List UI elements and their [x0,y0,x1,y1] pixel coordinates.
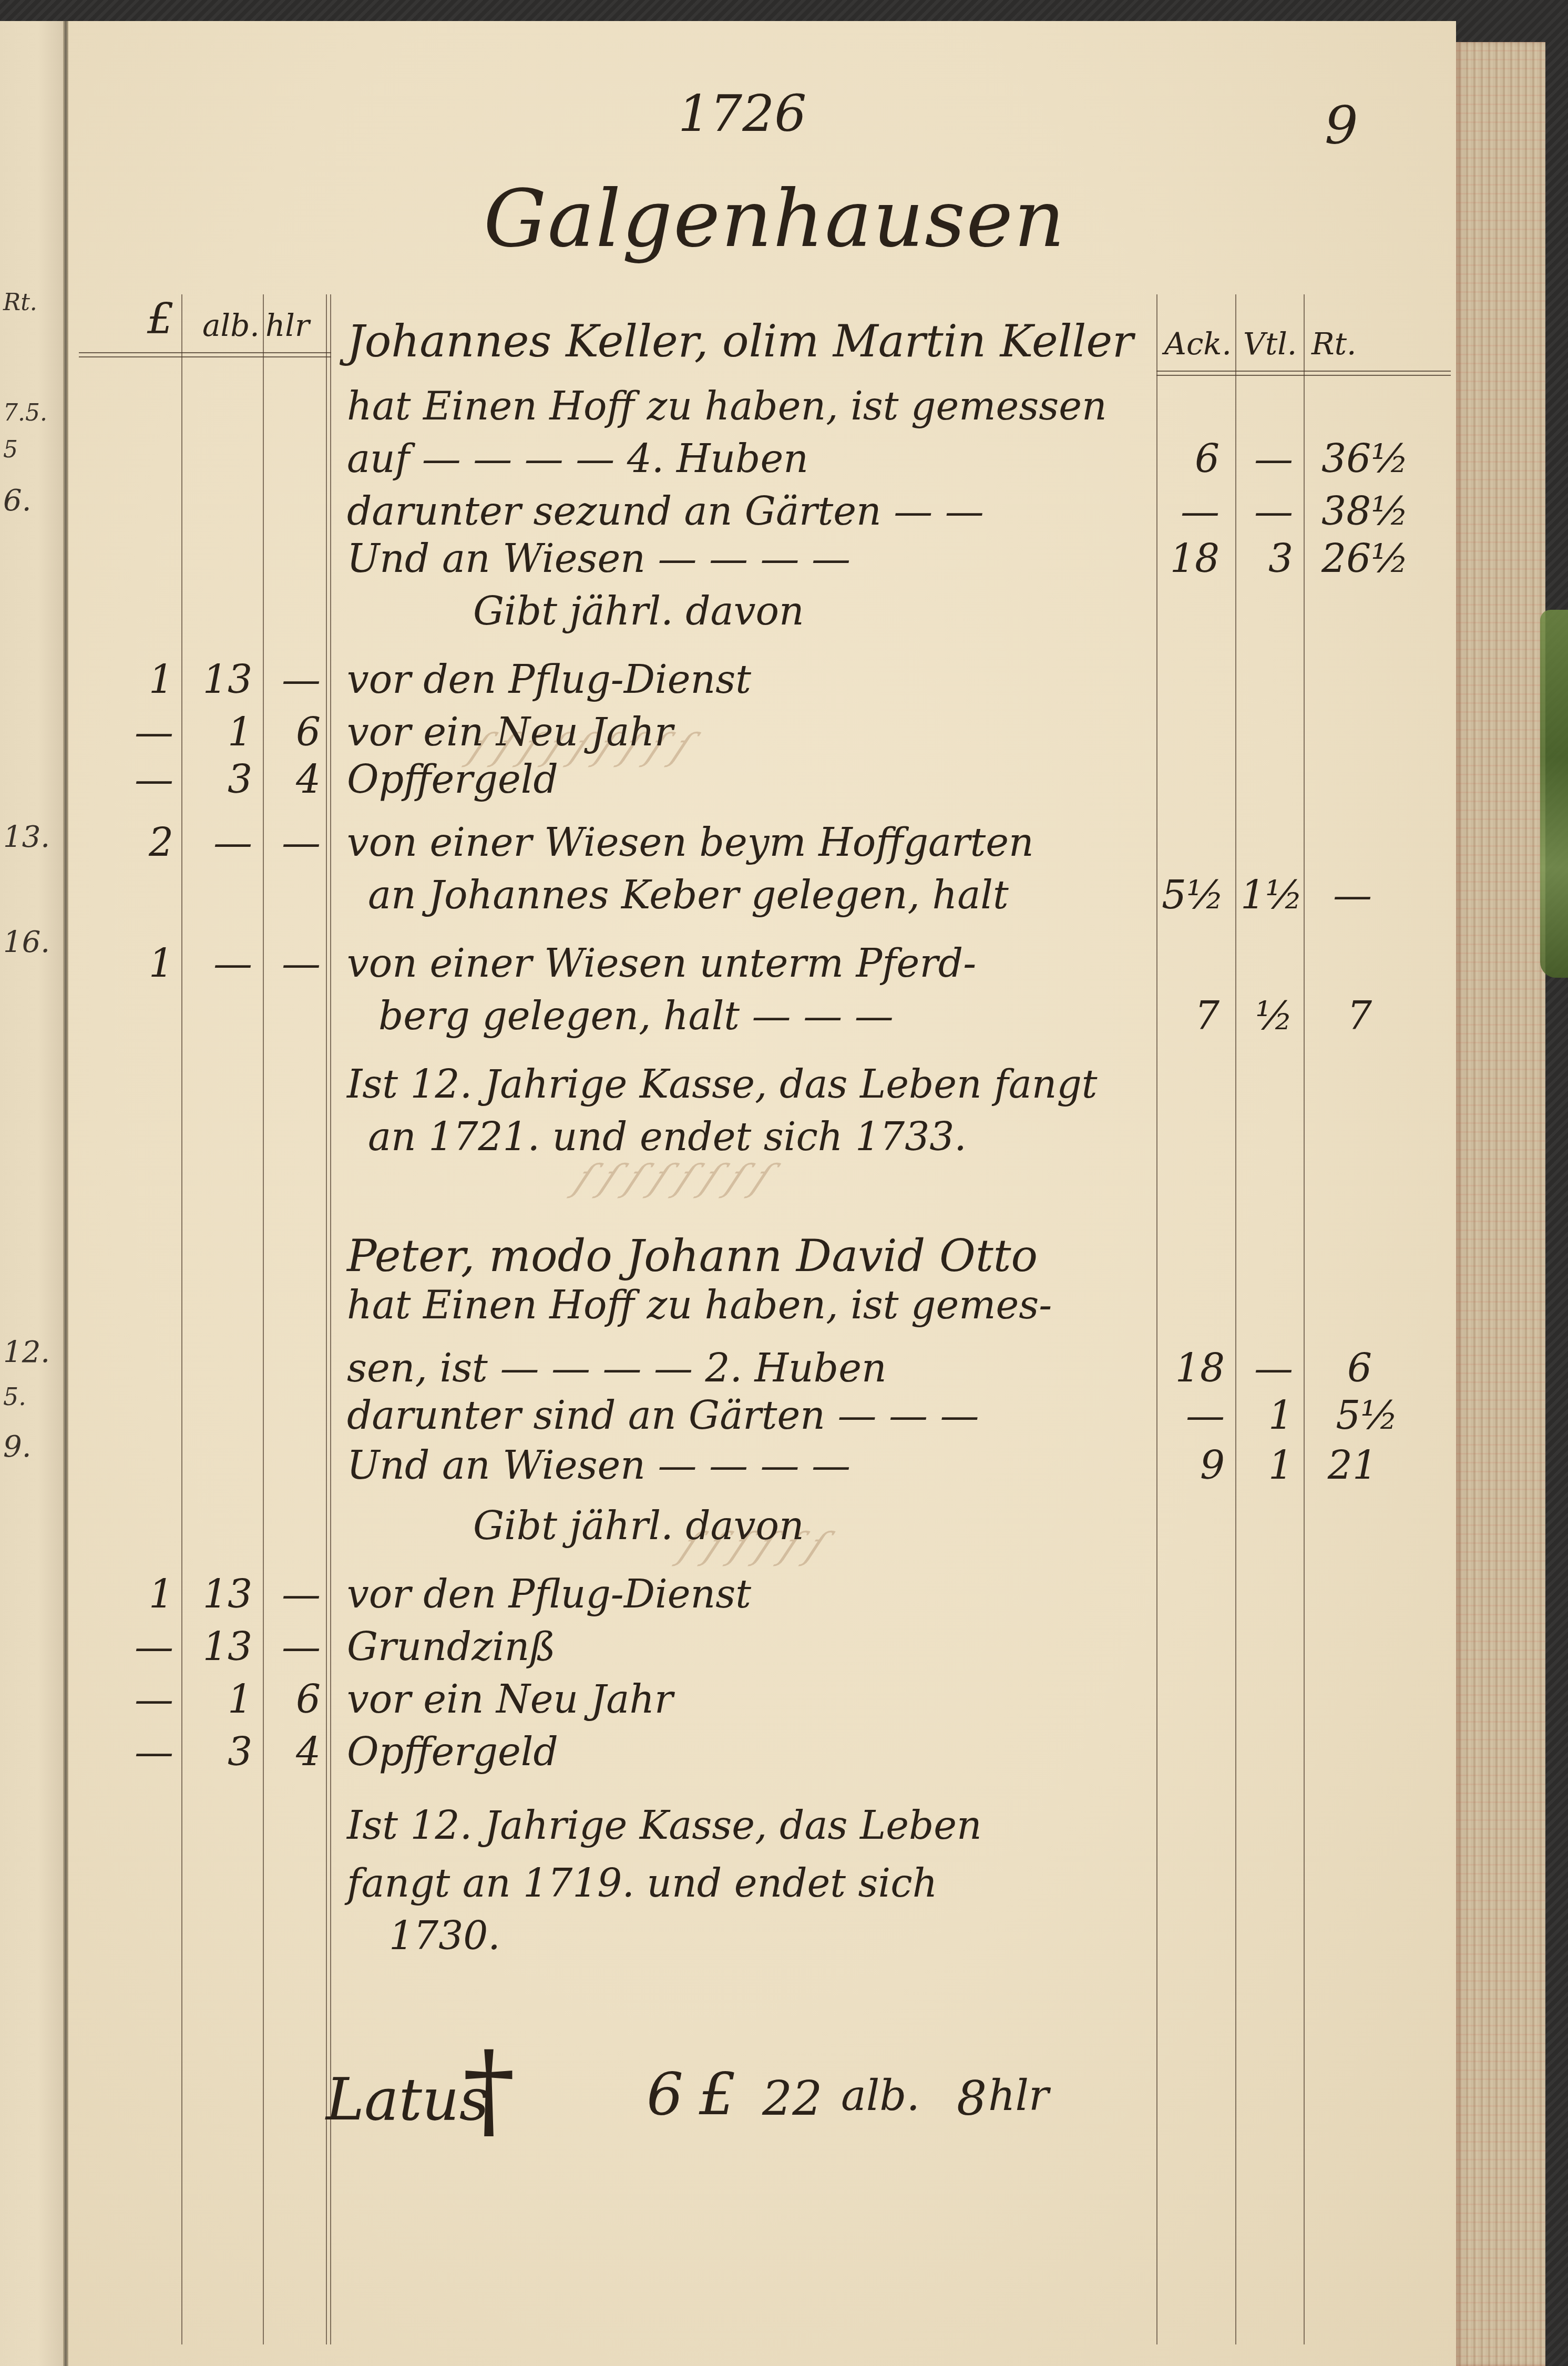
ribbon-marker [1540,610,1568,978]
albus-value: — [189,820,252,865]
pound-value: 1 [121,941,173,986]
acre-value: 18 [1162,536,1219,581]
margin-value: 7.5. [3,400,47,426]
show-through-text: ſ ſ ſ ſ ſ ſ ſ ſ [568,1156,779,1200]
place-title: Galgenhausen [484,173,1066,265]
heller-value: — [268,1624,321,1669]
payment-description: vor ein Neu Jahr [347,710,673,755]
payment-description: an Johannes Keber gelegen, halt [368,873,1009,918]
column-rule-ruten [1304,294,1305,2344]
heller-value: 4 [268,1729,321,1775]
heller-value: — [268,657,321,702]
viertel-value: — [1241,489,1293,534]
heller-value: 6 [268,710,321,755]
holding-line: darunter sind an Gärten — — — [347,1393,979,1438]
viertel-value: ½ [1241,993,1293,1039]
column-header-acre: Ack. [1164,326,1232,362]
column-rule-pound [181,294,182,2344]
column-header-pound: £ [147,294,174,343]
acre-value: 6 [1162,436,1219,482]
viertel-value: 1½ [1241,873,1293,918]
ruten-value: — [1309,873,1372,918]
pound-value: — [121,1624,173,1669]
latus-albus-label: alb. [841,2071,920,2120]
albus-value: — [189,941,252,986]
header-rule-right-double [1156,375,1451,376]
albus-value: 1 [189,710,252,755]
albus-value: 13 [189,657,252,702]
latus-flourish-mark: † [463,2029,515,2152]
lease-note: an 1721. und endet sich 1733. [368,1114,967,1160]
payment-description: Opffergeld [347,757,558,802]
column-rule-acre [1156,294,1157,2344]
payment-description: vor ein Neu Jahr [347,1677,673,1722]
payment-description: vor den Pflug-Dienst [347,657,751,702]
payment-description: Opffergeld [347,1729,558,1775]
pound-value: 1 [121,657,173,702]
ruten-value: 21 [1309,1443,1377,1488]
latus-pound-value: 6 [647,2061,683,2128]
gives-heading: Gibt jährl. davon [473,1503,804,1549]
ruten-value: 7 [1309,993,1372,1039]
header-rule-right [1156,371,1451,372]
holding-line: hat Einen Hoff zu haben, ist gemessen [347,384,1107,429]
column-header-albus: alb. [202,308,260,343]
lease-note: Ist 12. Jahrige Kasse, das Leben fangt [347,1062,1098,1107]
heller-value: — [268,941,321,986]
ruten-value: 36½ [1309,436,1409,482]
payment-description: berg gelegen, halt — — — [378,993,894,1039]
holding-line: Und an Wiesen — — — — [347,1443,850,1488]
acre-value: 5½ [1162,873,1219,918]
pound-value: — [121,1729,173,1775]
latus-heller-label: hlr [988,2071,1049,2120]
albus-value: 13 [189,1624,252,1669]
ruten-value: 6 [1309,1346,1372,1391]
heller-value: — [268,1572,321,1617]
folio-number: 9 [1325,95,1358,156]
holding-line: sen, ist — — — — 2. Huben [347,1346,887,1391]
payment-description: von einer Wiesen beym Hoffgarten [347,820,1034,865]
albus-value: 3 [189,1729,252,1775]
lease-note: Ist 12. Jahrige Kasse, das Leben [347,1803,982,1848]
book-gutter [63,21,68,2366]
pound-value: — [121,1677,173,1722]
payment-description: von einer Wiesen unterm Pferd- [347,941,976,986]
lease-note: 1730. [389,1913,500,1959]
pound-value: — [121,710,173,755]
header-rule-left-double [79,356,331,357]
viertel-value: — [1241,1346,1293,1391]
margin-value: 9. [3,1430,31,1464]
holding-line: hat Einen Hoff zu haben, ist gemes- [347,1283,1052,1328]
margin-value: 5 [3,436,18,463]
column-rule-viertel [1235,294,1236,2344]
albus-value: 13 [189,1572,252,1617]
page-year: 1726 [678,84,806,143]
acre-value: 9 [1162,1443,1225,1488]
heller-value: 6 [268,1677,321,1722]
margin-value: 12. [3,1335,50,1369]
column-header-viertel: Vtl. [1243,326,1297,362]
holding-line: auf — — — — 4. Huben [347,436,808,482]
ruten-value: 5½ [1309,1393,1398,1438]
viertel-value: 1 [1241,1393,1293,1438]
lease-note: fangt an 1719. und endet sich [347,1861,937,1906]
column-rule-heller-double [330,294,331,2344]
margin-value: 5. [3,1382,26,1411]
book-fore-edge [1456,42,1545,2366]
holding-line: Und an Wiesen — — — — [347,536,850,581]
gives-heading: Gibt jährl. davon [473,589,804,634]
pound-value: — [121,757,173,802]
column-header-ruten: Rt. [1311,326,1356,362]
margin-value: 13. [3,820,50,854]
heller-value: — [268,820,321,865]
viertel-value: — [1241,436,1293,482]
acre-value: — [1162,1393,1225,1438]
column-rule-albus [263,294,264,2344]
acre-value: — [1162,489,1219,534]
ruten-value: 38½ [1309,489,1409,534]
viertel-value: 1 [1241,1443,1293,1488]
payment-description: vor den Pflug-Dienst [347,1572,751,1617]
payment-description: Grundzinß [347,1624,556,1669]
latus-pound-symbol: £ [699,2061,736,2128]
albus-value: 1 [189,1677,252,1722]
margin-value: 6. [3,484,31,518]
pound-value: 1 [121,1572,173,1617]
acre-value: 7 [1162,993,1219,1039]
column-header-heller: hlr [265,308,310,343]
ledger-page [68,21,1456,2366]
holding-line: darunter sezund an Gärten — — [347,489,984,534]
entry-owner: Peter, modo Johann David Otto [347,1230,1038,1282]
albus-value: 3 [189,757,252,802]
header-rule-left [79,352,331,353]
latus-albus-value: 22 [762,2071,823,2126]
acre-value: 18 [1162,1346,1225,1391]
latus-heller-value: 8 [957,2071,987,2126]
entry-owner: Johannes Keller, olim Martin Keller [347,315,1133,367]
viertel-value: 3 [1241,536,1293,581]
margin-value: 16. [3,925,50,959]
previous-page-edge: Rt. 7.5. 5 6. 13. 16. 12. 5. 9. [0,21,63,2366]
pound-value: 2 [121,820,173,865]
column-rule-heller [326,294,327,2344]
margin-header: Rt. [3,289,37,316]
ruten-value: 26½ [1309,536,1409,581]
heller-value: 4 [268,757,321,802]
